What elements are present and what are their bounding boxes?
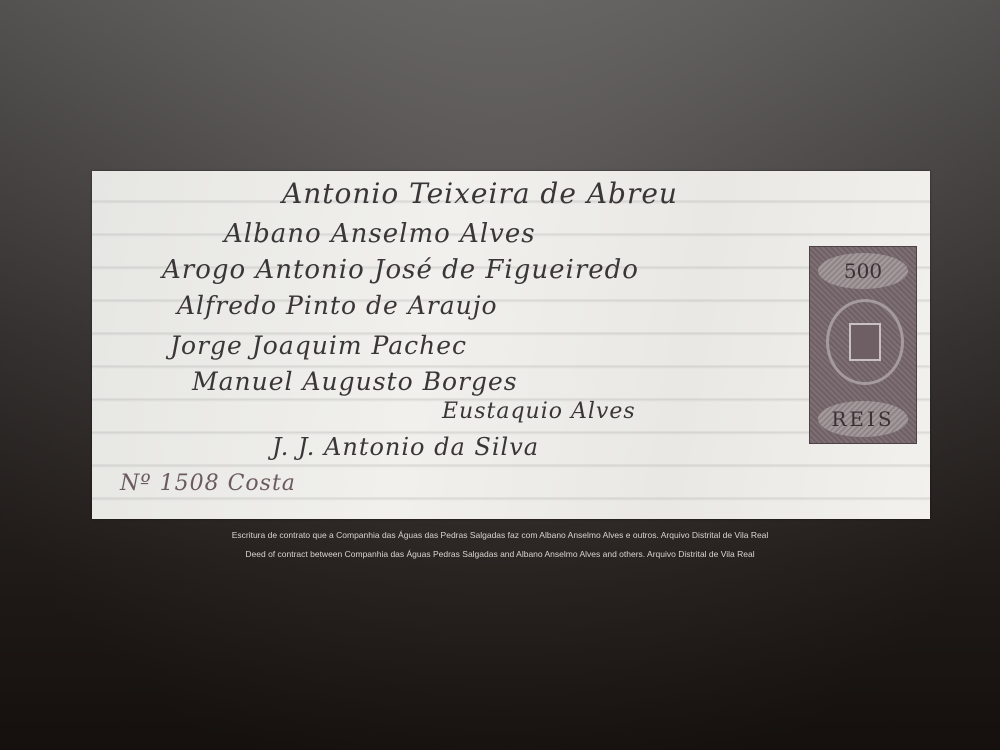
coat-of-arms-icon xyxy=(826,299,904,385)
handwritten-line: Albano Anselmo Alves xyxy=(224,219,536,249)
revenue-stamp: 500 REIS xyxy=(809,246,917,444)
handwritten-line: Antonio Teixeira de Abreu xyxy=(282,177,678,210)
handwritten-line: J. J. Antonio da Silva xyxy=(272,433,539,461)
handwritten-line: Alfredo Pinto de Araujo xyxy=(177,291,498,320)
caption-english: Deed of contract between Companhia das Á… xyxy=(0,549,1000,559)
stamp-value: 500 xyxy=(818,253,908,289)
handwritten-line: Eustaquio Alves xyxy=(442,399,636,424)
handwritten-line: Arogo Antonio José de Figueiredo xyxy=(162,255,639,285)
historical-deed-document: Antonio Teixeira de Abreu Albano Anselmo… xyxy=(92,171,930,519)
handwritten-line: Jorge Joaquim Pachec xyxy=(170,331,467,360)
handwritten-line: Manuel Augusto Borges xyxy=(192,367,518,396)
shield-icon xyxy=(849,323,881,361)
handwritten-line: Nº 1508 Costa xyxy=(120,471,296,496)
caption-portuguese: Escritura de contrato que a Companhia da… xyxy=(0,530,1000,540)
stamp-currency: REIS xyxy=(818,401,908,437)
